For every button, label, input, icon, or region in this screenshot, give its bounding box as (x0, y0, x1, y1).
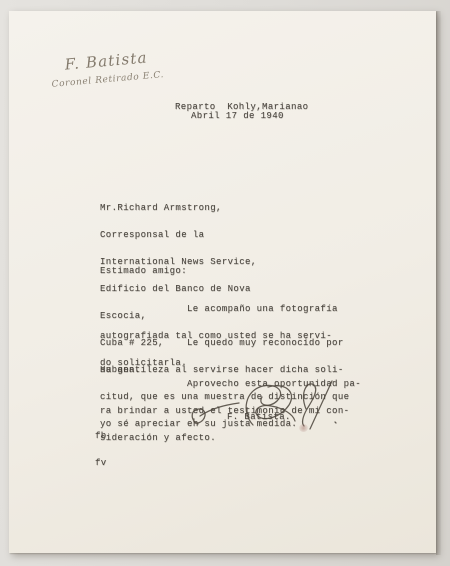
typed-signature-name: F. Batista. (227, 413, 291, 422)
recipient-line: Mr.Richard Armstrong, (100, 204, 257, 213)
letterhead-name: F. Batista (63, 48, 148, 73)
typist-initials-line: fb (95, 432, 118, 441)
paragraph-line: sideración y afecto. (100, 434, 361, 443)
letterhead-script: F. Batista Coronel Retirado E.C. (32, 44, 182, 96)
typist-initials-line: fv (95, 459, 118, 468)
scanned-letter-photo: F. Batista Coronel Retirado E.C. Reparto… (0, 0, 450, 566)
paragraph-line: Le acompaño una fotografía (100, 305, 338, 314)
paper-edge-shadow (436, 11, 441, 555)
recipient-line: Corresponsal de la (100, 231, 257, 240)
salutation: Estimado amigo: (100, 267, 187, 276)
paper-stain (299, 424, 308, 432)
paragraph-line: Le quedo muy reconocido por (100, 339, 349, 348)
dateline-date: Abril 17 de 1940 (191, 112, 284, 121)
handwritten-signature-icon (185, 378, 345, 433)
typist-initials: fb fv (95, 414, 118, 486)
